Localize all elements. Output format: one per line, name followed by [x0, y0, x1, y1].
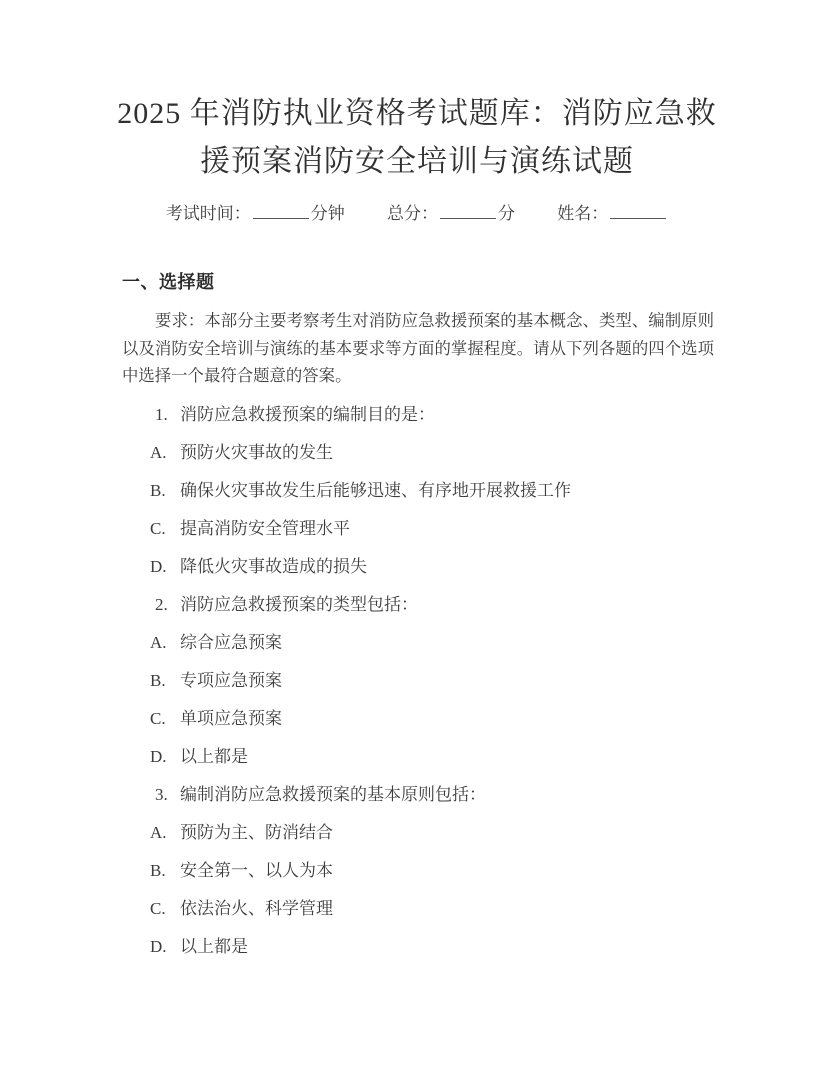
option-text: 提高消防安全管理水平	[180, 519, 350, 538]
question-text: 消防应急救援预案的编制目的是：	[180, 405, 435, 424]
question-1-option-b: B.确保火灾事故发生后能够迅速、有序地开展救援工作	[122, 472, 834, 510]
question-3-option-d: D.以上都是	[122, 928, 834, 966]
option-letter: D.	[150, 928, 180, 966]
question-3: 3.编制消防应急救援预案的基本原则包括： A.预防为主、防消结合 B.安全第一、…	[122, 776, 834, 966]
question-2: 2.消防应急救援预案的类型包括： A.综合应急预案 B.专项应急预案 C.单项应…	[122, 586, 834, 776]
document-title-line-2: 援预案消防安全培训与演练试题	[200, 145, 634, 178]
option-text: 预防火灾事故的发生	[180, 443, 333, 462]
question-1-option-a: A.预防火灾事故的发生	[122, 434, 834, 472]
option-text: 单项应急预案	[180, 709, 282, 728]
section-requirement: 要求：本部分主要考察考生对消防应急救援预案的基本概念、类型、编制原则以及消防安全…	[122, 307, 714, 390]
option-letter: B.	[150, 662, 180, 700]
option-text: 安全第一、以人为本	[180, 861, 333, 880]
option-letter: C.	[150, 700, 180, 738]
question-1-option-d: D.降低火灾事故造成的损失	[122, 548, 834, 586]
total-score-label: 总分：	[387, 204, 438, 223]
question-3-option-a: A.预防为主、防消结合	[122, 814, 834, 852]
name-group: 姓名：	[557, 202, 668, 226]
question-number: 2.	[155, 586, 180, 624]
exam-info-line: 考试时间：分钟 总分：分 姓名：	[0, 202, 834, 226]
question-3-option-c: C.依法治火、科学管理	[122, 890, 834, 928]
question-2-stem: 2.消防应急救援预案的类型包括：	[122, 586, 834, 624]
exam-time-label: 考试时间：	[166, 204, 251, 223]
question-2-option-a: A.综合应急预案	[122, 624, 834, 662]
option-letter: D.	[150, 548, 180, 586]
question-list: 1.消防应急救援预案的编制目的是： A.预防火灾事故的发生 B.确保火灾事故发生…	[122, 396, 834, 966]
question-3-stem: 3.编制消防应急救援预案的基本原则包括：	[122, 776, 834, 814]
document-title-line-1: 2025 年消防执业资格考试题库：消防应急救	[117, 97, 717, 130]
option-letter: D.	[150, 738, 180, 776]
question-number: 1.	[155, 396, 180, 434]
total-score-blank	[440, 205, 496, 219]
total-score-unit: 分	[498, 204, 515, 223]
option-text: 依法治火、科学管理	[180, 899, 333, 918]
exam-time-group: 考试时间：分钟	[166, 202, 345, 226]
option-letter: C.	[150, 510, 180, 548]
question-number: 3.	[155, 776, 180, 814]
option-text: 预防为主、防消结合	[180, 823, 333, 842]
question-text: 消防应急救援预案的类型包括：	[180, 595, 418, 614]
total-score-group: 总分：分	[387, 202, 515, 226]
option-letter: B.	[150, 472, 180, 510]
document-title: 2025 年消防执业资格考试题库：消防应急救 援预案消防安全培训与演练试题	[0, 90, 834, 186]
option-letter: A.	[150, 624, 180, 662]
question-2-option-d: D.以上都是	[122, 738, 834, 776]
name-label: 姓名：	[557, 204, 608, 223]
question-2-option-b: B.专项应急预案	[122, 662, 834, 700]
question-1-stem: 1.消防应急救援预案的编制目的是：	[122, 396, 834, 434]
option-text: 降低火灾事故造成的损失	[180, 557, 367, 576]
option-text: 以上都是	[180, 937, 248, 956]
exam-time-blank	[253, 205, 309, 219]
question-text: 编制消防应急救援预案的基本原则包括：	[180, 785, 486, 804]
option-letter: B.	[150, 852, 180, 890]
question-3-option-b: B.安全第一、以人为本	[122, 852, 834, 890]
option-text: 专项应急预案	[180, 671, 282, 690]
option-letter: C.	[150, 890, 180, 928]
option-text: 确保火灾事故发生后能够迅速、有序地开展救援工作	[180, 481, 571, 500]
exam-time-unit: 分钟	[311, 204, 345, 223]
option-text: 以上都是	[180, 747, 248, 766]
question-2-option-c: C.单项应急预案	[122, 700, 834, 738]
question-1: 1.消防应急救援预案的编制目的是： A.预防火灾事故的发生 B.确保火灾事故发生…	[122, 396, 834, 586]
section-heading: 一、选择题	[122, 269, 834, 295]
name-blank	[610, 205, 666, 219]
question-1-option-c: C.提高消防安全管理水平	[122, 510, 834, 548]
exam-document-page: 2025 年消防执业资格考试题库：消防应急救 援预案消防安全培训与演练试题 考试…	[0, 0, 834, 1080]
option-letter: A.	[150, 814, 180, 852]
option-letter: A.	[150, 434, 180, 472]
option-text: 综合应急预案	[180, 633, 282, 652]
